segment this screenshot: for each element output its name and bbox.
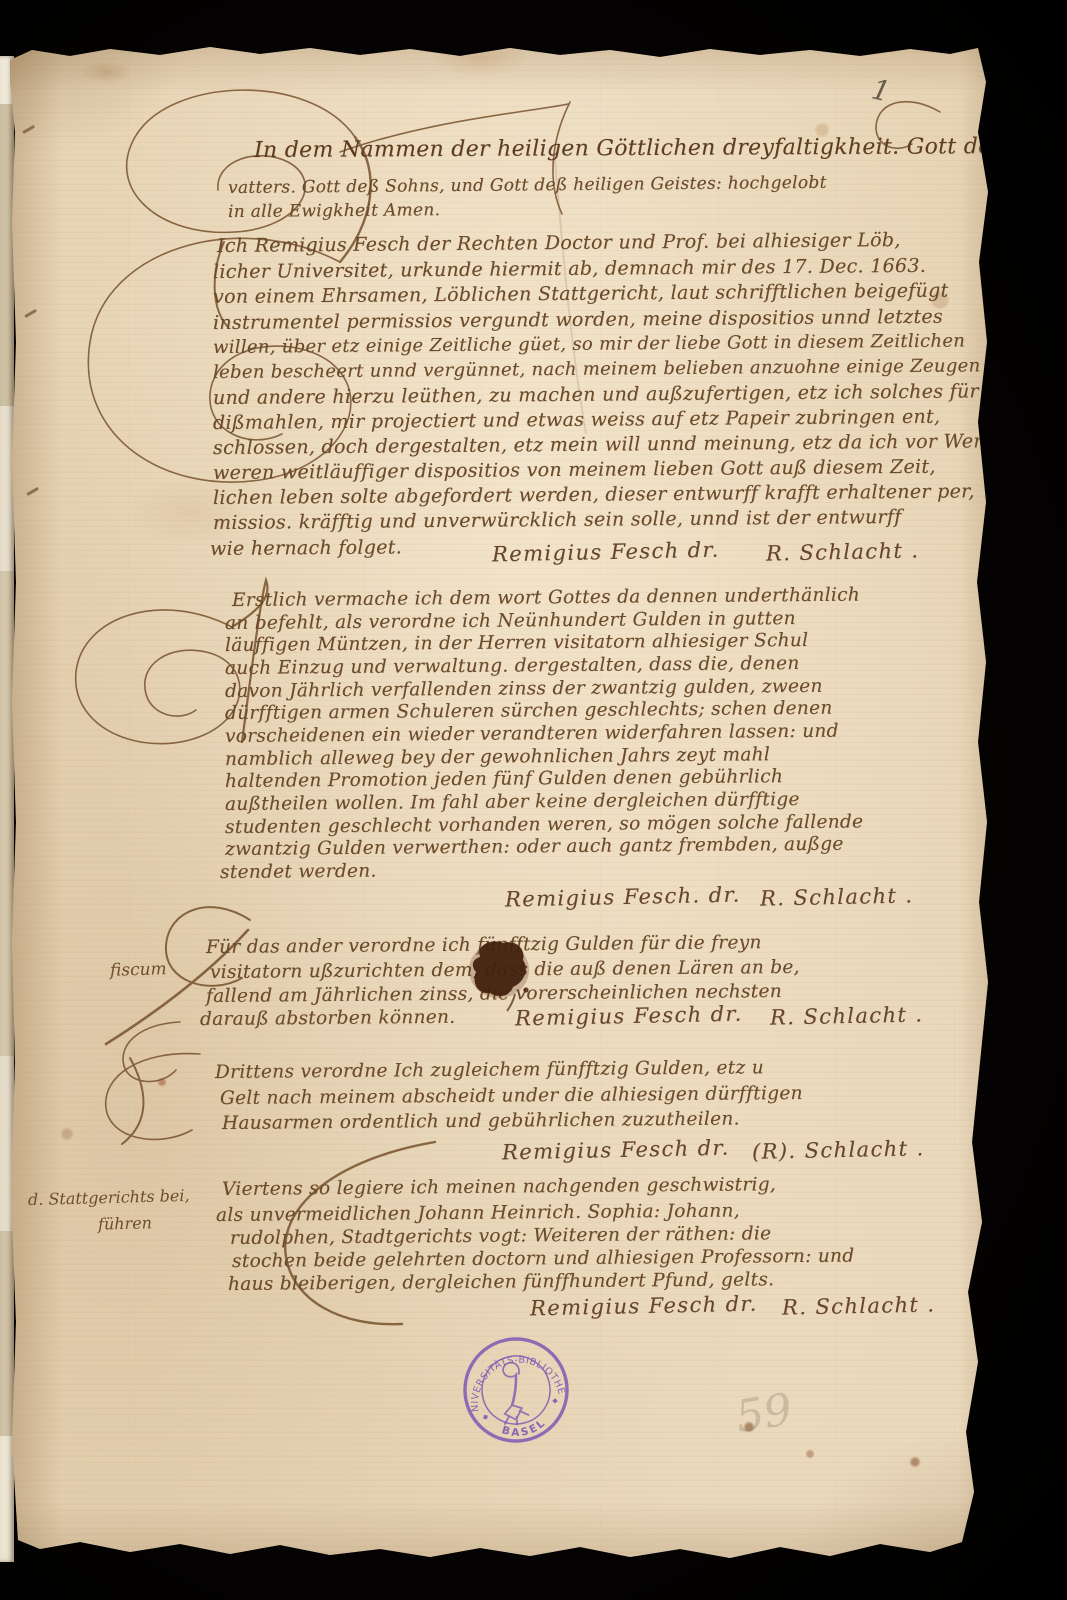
manuscript-line: dürfftigen armen Schuleren sürchen gesch… xyxy=(225,698,833,724)
manuscript-line: darauß abstorben können. xyxy=(200,1007,456,1030)
signature-witness: R. Schlacht . xyxy=(760,883,914,910)
manuscript-line: missios. kräfftig und unverwürcklich sei… xyxy=(213,506,902,534)
folio-number: 1 xyxy=(869,72,894,108)
heading-line: vatters. Gott deß Sohns, und Gott deß he… xyxy=(228,173,827,198)
binding-stitch xyxy=(24,309,37,318)
margin-note-stattgericht: d. Stattgerichts bei, xyxy=(28,1186,190,1209)
heading-line: in alle Ewigkheit Amen. xyxy=(228,200,440,222)
svg-text:BASEL: BASEL xyxy=(498,1415,550,1443)
stamp-separator-icon: ◆ xyxy=(480,1412,491,1422)
signature-remigius-fesch: Remigius Fesch dr. xyxy=(515,1002,743,1031)
manuscript-line: Erstlich vermache ich dem wort Gottes da… xyxy=(232,585,860,611)
manuscript-line: wie hernach folget. xyxy=(210,536,402,560)
book-binding-edge xyxy=(0,56,14,1562)
signature-witness: R. Schlacht . xyxy=(782,1292,936,1319)
manuscript-page: 1 In dem Nammen der heiligen Göttlichen … xyxy=(10,42,1000,1565)
svg-text:◆: ◆ xyxy=(480,1412,491,1422)
manuscript-line: haltenden Promotion jeden fünf Gulden de… xyxy=(225,766,783,792)
manuscript-line: instrumentel permissios vergundt worden,… xyxy=(213,306,943,334)
signature-remigius-fesch: Remigius Fesch dr. xyxy=(530,1292,758,1321)
stamp-inner-ring xyxy=(476,1350,557,1431)
manuscript-line: vorscheidenen ein wieder verandteren wid… xyxy=(225,721,839,747)
binding-stitch xyxy=(22,125,35,134)
manuscript-line: schlossen, doch dergestalten, etz mein w… xyxy=(213,430,987,459)
manuscript-line: haus bleiberigen, dergleichen fünffhunde… xyxy=(228,1269,774,1295)
manuscript-line: zwantzig Gulden verwerthen: oder auch ga… xyxy=(225,834,844,860)
manuscript-line: von einem Ehrsamen, Löblichen Stattgeric… xyxy=(213,280,949,308)
stamp-arc-top-text: UNIVERSITÄTS-BIBLIOTHEK xyxy=(450,1324,567,1417)
manuscript-line: licher Universitet, urkunde hiermit ab, … xyxy=(213,255,926,283)
manuscript-line: Drittens verordne Ich zugleichem fünfftz… xyxy=(215,1057,764,1083)
signature-witness: (R). Schlacht . xyxy=(752,1136,925,1164)
signature-remigius-fesch: Remigius Fesch. dr. xyxy=(505,883,741,912)
margin-note-fiscum: fiscum xyxy=(110,959,167,980)
manuscript-line: als unvermeidlichen Johann Heinrich. Sop… xyxy=(216,1200,740,1226)
manuscript-line: stendet werden. xyxy=(220,861,377,883)
signature-remigius-fesch: Remigius Fesch dr. xyxy=(502,1136,730,1165)
signature-remigius-fesch: Remigius Fesch dr. xyxy=(492,538,720,567)
manuscript-line: Ich Remigius Fesch der Rechten Doctor un… xyxy=(217,229,901,257)
baselstab-crozier-icon xyxy=(493,1361,530,1427)
manuscript-line: Viertens so legiere ich meinen nachgende… xyxy=(222,1174,776,1200)
manuscript-line: stochen beide gelehrten doctorn und alhi… xyxy=(232,1246,855,1272)
stamp-arc-bottom-text: BASEL xyxy=(498,1415,550,1443)
manuscript-line: Gelt nach meinem abscheidt under die alh… xyxy=(220,1083,803,1109)
manuscript-line: leben bescheert unnd vergünnet, nach mei… xyxy=(213,355,981,383)
stamp-separator-icon: ◆ xyxy=(549,1395,560,1405)
manuscript-line: außtheilen wollen. Im fahl aber keine de… xyxy=(225,789,800,815)
manuscript-line: auch Einzug und verwaltung. dergestalten… xyxy=(225,653,800,679)
library-stamp: UNIVERSITÄTS-BIBLIOTHEK BASEL ◆ ◆ xyxy=(450,1324,583,1457)
manuscript-line: visitatorn ußzurichten dem, dass die auß… xyxy=(210,957,800,983)
manuscript-line: dißmahlen, mir projectiert und etwas wei… xyxy=(213,406,940,434)
manuscript-line: Für das ander verordne ich fünfftzig Gul… xyxy=(206,932,762,958)
manuscript-line: und andere hierzu leüthen, zu machen und… xyxy=(213,380,979,409)
manuscript-line: weren weitläuffiger dispositios von mein… xyxy=(213,456,936,484)
manuscript-line: Hausarmen ordentlich und gebührlichen zu… xyxy=(222,1108,740,1134)
svg-text:◆: ◆ xyxy=(549,1395,560,1405)
manuscript-line: willen, über etz einige Zeitliche güet, … xyxy=(213,330,965,358)
binding-stitch xyxy=(26,487,39,496)
signature-witness: R. Schlacht . xyxy=(770,1002,924,1029)
svg-text:UNIVERSITÄTS-BIBLIOTHEK: UNIVERSITÄTS-BIBLIOTHEK xyxy=(450,1324,567,1417)
manuscript-line: läuffigen Müntzen, in der Herren visitat… xyxy=(225,630,808,656)
pencil-note: 59 xyxy=(732,1384,795,1443)
stamp-outer-ring xyxy=(456,1330,577,1451)
manuscript-line: lichen leben solte abgefordert werden, d… xyxy=(213,480,975,509)
heading-line: In dem Nammen der heiligen Göttlichen dr… xyxy=(254,134,1007,163)
signature-witness: R. Schlacht . xyxy=(766,538,920,565)
margin-note-stattgericht: führen xyxy=(98,1213,152,1233)
photographed-manuscript-scan: 1 In dem Nammen der heiligen Göttlichen … xyxy=(0,0,1067,1600)
manuscript-line: rudolphen, Stadtgerichts vogt: Weiteren … xyxy=(230,1223,772,1249)
